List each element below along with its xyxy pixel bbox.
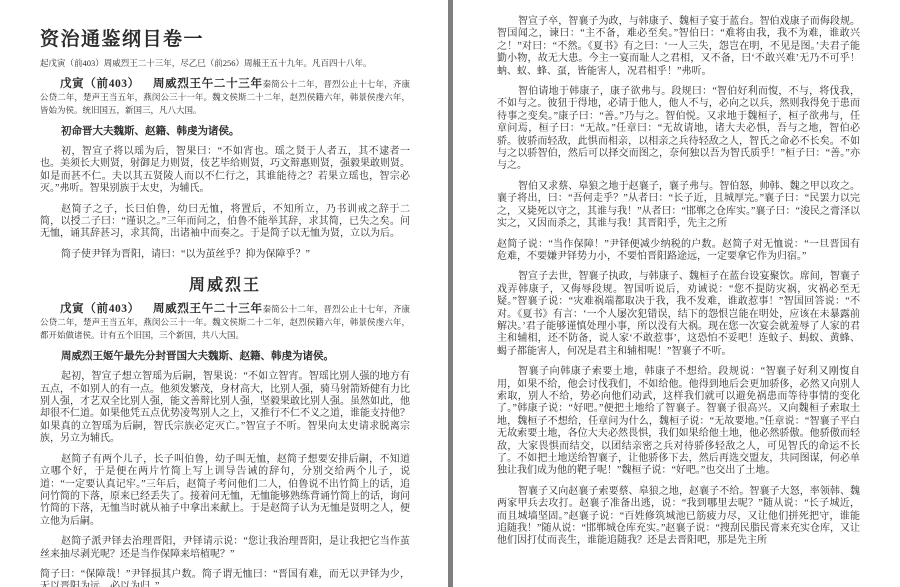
classical-paragraph: 赵简子之子，长曰伯鲁，幼曰无恤，将置后，不知所立，乃书训戒之辞于二简，以授二子曰… (40, 204, 410, 241)
classical-paragraph: 智宣子卒，智襄子为政，与韩康子、魏桓子宴于蓝台。智伯戏康子而侮段规。智国闻之，谏… (497, 16, 860, 78)
translation-paragraph: 赵简子说：“当作保障！”尹铎便减少纳税的户数。赵简子对无恤说：“一旦晋国有危难，… (497, 239, 860, 264)
translation-paragraph: 起初，智宣子想立智瑶为后嗣，智果说：“不如立智宵。智瑶比别人强的地方有五点，不如… (40, 371, 410, 445)
translation-paragraph: 简子曰：“保障哉！”尹铎损其户数。简子谓无恤曰：“晋国有难，而无以尹铎为少，无以… (40, 569, 410, 587)
intro-line: 起戊寅（前403）周威烈王二十三年，尽乙巳（前256）周赧王五十九年。凡百四十八… (40, 58, 410, 69)
era-paragraph-translation: 戊寅（前403）周威烈王午二十三年秦简公十二年，晋烈公止十七年，齐康公贷二年，楚… (40, 303, 410, 342)
era-paragraph-original: 戊寅（前403）周威烈王午二十三年秦简公十二年，晋烈公止十七年，齐康公贷二年，楚… (40, 78, 410, 117)
translation-paragraph: 智襄子向韩康子索要土地，韩康子不想给。段规说：“智襄子好利又刚愎自用，如果不给，… (497, 366, 860, 478)
book-spread: 资治通鉴纲目卷一 起戊寅（前403）周威烈王二十三年，尽乙巳（前256）周赧王五… (0, 0, 900, 587)
translation-paragraph: 智襄子又向赵襄子索要蔡、皋狼之地，赵襄子不给。智襄子大怒，率领韩、魏两家甲兵去攻… (497, 486, 860, 548)
book-title: 资治通鉴纲目卷一 (40, 24, 410, 51)
translation-paragraph: 赵简子有两个儿子，长子叫伯鲁，幼子叫无恤，赵简子想要安排后嗣，不知道立哪个好，于… (40, 454, 410, 528)
reign-label: 周威烈王午二十三年 (153, 303, 263, 315)
section-headline-original: 初命晋大夫魏斯、赵籍、韩虔为诸侯。 (40, 125, 410, 138)
king-heading: 周威烈王 (40, 272, 410, 295)
era-label: 戊寅（前403） (60, 303, 140, 315)
classical-paragraph: 初，智宣子将以瑶为后，智果曰：“不如宵也。瑶之贤于人者五，其不逮者一也。美须长大… (40, 146, 410, 196)
translation-paragraph: 赵简子派尹铎去治理晋阳，尹铎请示说：“您让我治理晋阳，是让我把它当作茧丝来抽尽剥… (40, 536, 410, 561)
translation-paragraph: 智宣子去世，智襄子执政，与韩康子、魏桓子在蓝台设宴聚饮。席间，智襄子戏弄韩康子，… (497, 271, 860, 358)
classical-paragraph: 简子使尹铎为晋阳，请曰：“以为茧丝乎？抑为保障乎？” (40, 249, 410, 261)
section-headline-translation: 周威烈王姬午最先分封晋国大夫魏斯、赵籍、韩虔为诸侯。 (40, 350, 410, 363)
classical-paragraph: 智伯请地于韩康子，康子欲弗与。段规曰：“智伯好利而愎，不与，将伐我，不如与之。彼… (497, 86, 860, 173)
left-page: 资治通鉴纲目卷一 起戊寅（前403）周威烈王二十三年，尽乙巳（前256）周赧王五… (0, 0, 448, 587)
reign-label: 周威烈王午二十三年 (153, 78, 263, 90)
classical-paragraph: 智伯又求蔡、皋狼之地于赵襄子，襄子弗与。智伯怒，帅韩、魏之甲以攻之。襄子将出，曰… (497, 181, 860, 231)
right-page: 智宣子卒，智襄子为政，与韩康子、魏桓子宴于蓝台。智伯戏康子而侮段规。智国闻之，谏… (453, 0, 900, 587)
era-label: 戊寅（前403） (60, 78, 140, 90)
